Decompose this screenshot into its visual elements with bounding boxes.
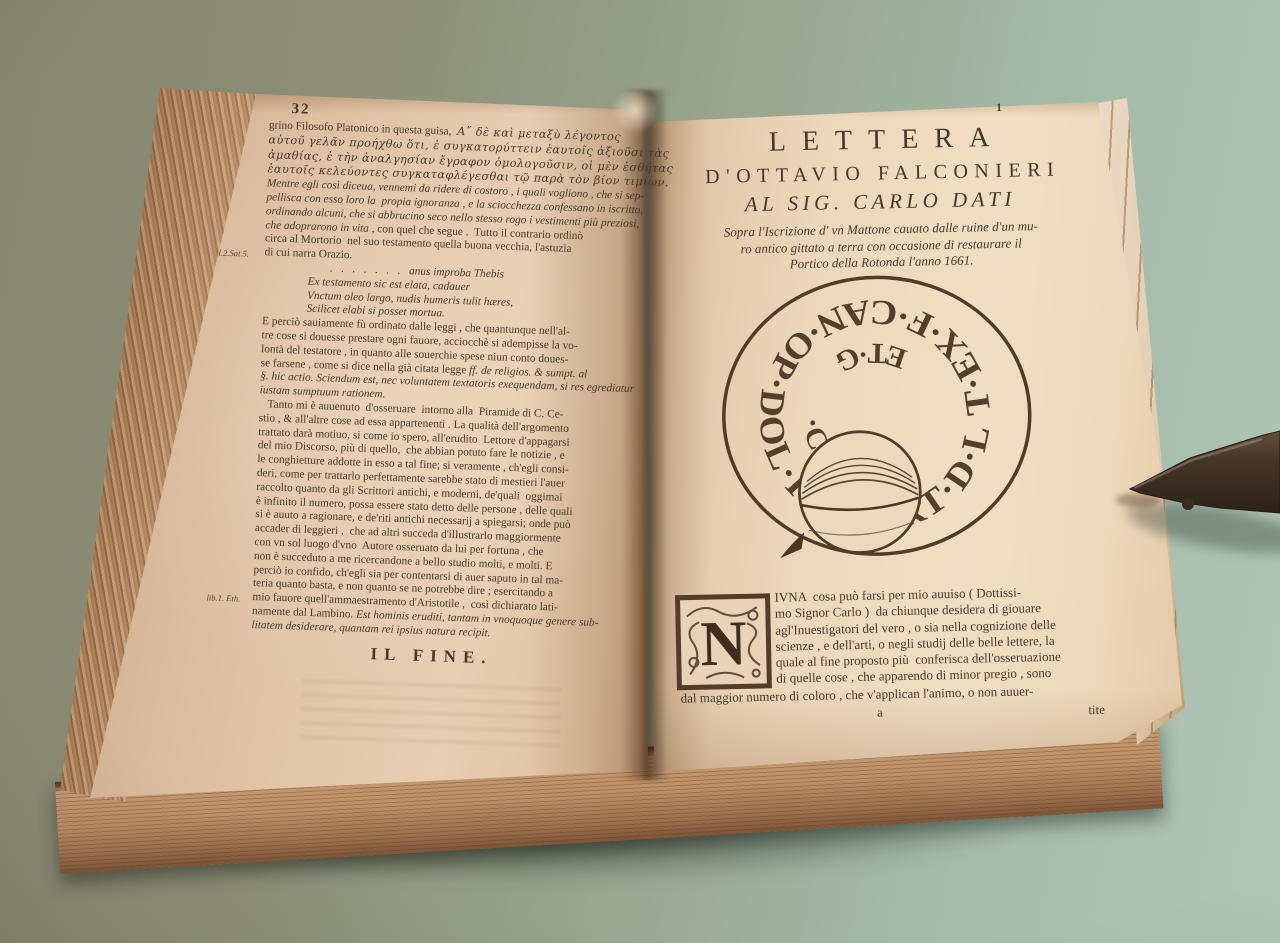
margin-note: l.2.Sat.5. [218, 247, 249, 262]
clasp-knob [1182, 498, 1194, 510]
book-photo: 32 grino Filosofo Platonico in questa gu… [0, 0, 1280, 943]
page-number-left: 32 [291, 101, 311, 119]
decorated-initial: N [674, 593, 772, 691]
page-number-right: 1 [996, 102, 1002, 114]
metal-clasp [1100, 400, 1280, 580]
signature-mark: a [877, 704, 883, 720]
letter-opening-paragraph: IVNA cosa può farsi per mio auuiso ( Dot… [774, 583, 1112, 688]
right-page-text: 1 LETTERA D'OTTAVIO FALCONIERI AL SIG. C… [660, 86, 1096, 95]
bleed-through-text [299, 673, 561, 752]
margin-note: lib.1. Eth. [206, 591, 240, 606]
stamp-sphere-tail [780, 532, 805, 558]
drop-cap-letter: N [700, 607, 748, 679]
catchword: tite [1088, 702, 1105, 718]
letter-subtitle: Sopra l'Iscrizione d' vn Mattone cauato … [663, 217, 1100, 276]
left-page-body: grino Filosofo Platonico in questa guisa… [251, 118, 637, 645]
stamp-sphere [778, 430, 922, 558]
brick-stamp-illustration: T·EX·F·CAN·OP·DOL·I····TERT·D·L ET·GALL·… [702, 270, 1052, 579]
